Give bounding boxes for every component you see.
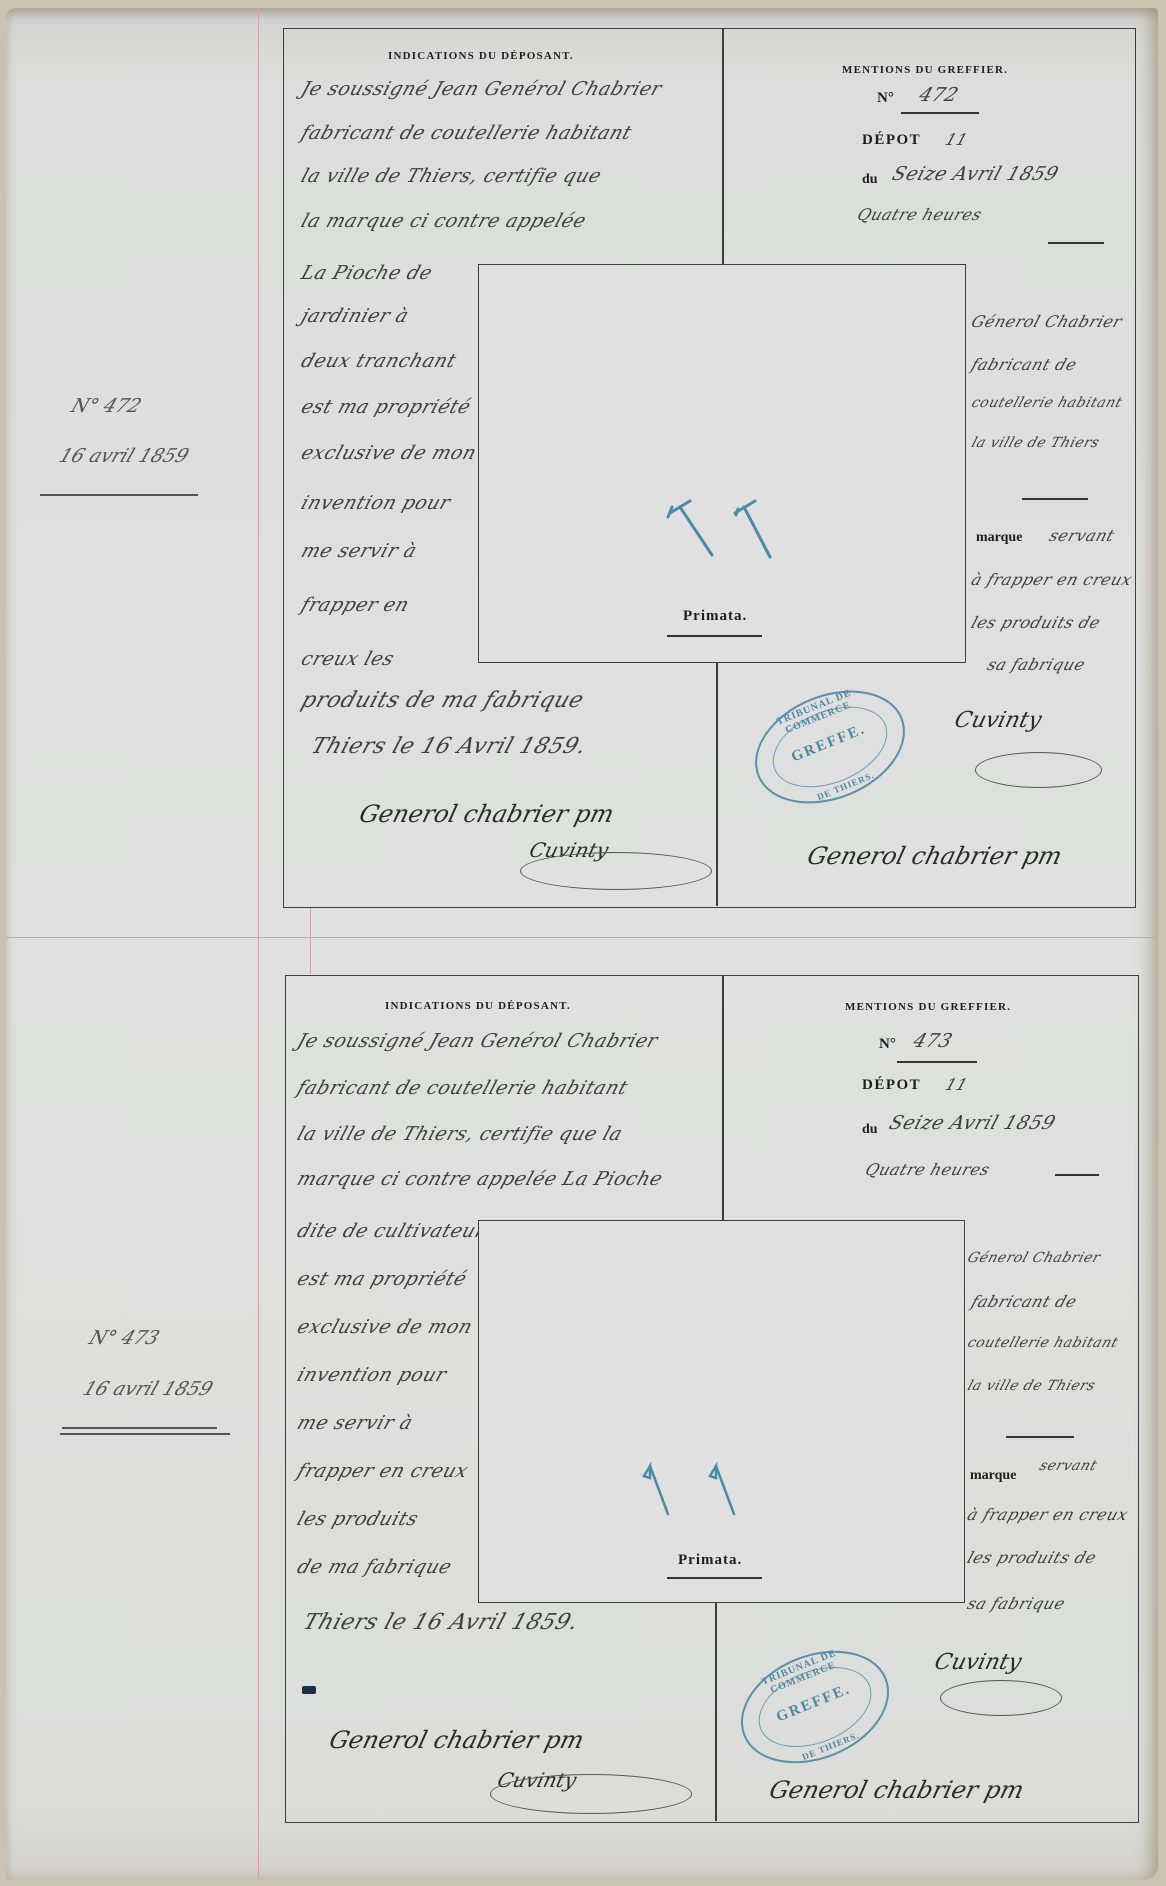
pickaxe-mark-icon [660,495,790,570]
mark-caption: Primata. [683,608,747,625]
deposant-place-date: Thiers le 16 Avril 1859. [300,1610,582,1635]
entry-number: 473 [910,1030,955,1052]
header-greffier: MENTIONS DU GREFFIER. [845,1001,1011,1013]
marque-line-1: servant [1037,1458,1099,1474]
ink-blot [302,1686,316,1694]
header-greffier: MENTIONS DU GREFFIER. [842,64,1008,76]
depot-time: Quatre heures [863,1160,993,1179]
deposant-line-8: invention pour [294,1364,449,1386]
deposant-line-11: les produits [294,1508,421,1530]
deposant-line-5: La Pioche de [298,262,435,284]
greffier-paraph-flourish [975,752,1102,788]
header-deposant: INDICATIONS DU DÉPOSANT. [388,50,574,62]
column-divider-top [722,975,724,1220]
mark-caption: Primata. [678,1552,742,1569]
mark-frame [478,1220,965,1603]
deposant-line-3: la ville de Thiers, certifie que la [294,1123,625,1145]
deposant-line-6: jardinier à [298,305,411,327]
deposant-line-7: deux tranchant [298,350,459,372]
margin-note-rule-2 [60,1433,230,1435]
depositor-signature-right: Generol chabrier pm [767,1776,1027,1804]
deposant-line-1: Je soussigné Jean Genérol Chabrier [298,78,664,100]
deposant-paraph-flourish [490,1774,692,1814]
greffier-line-4: la ville de Thiers [969,435,1101,451]
marque-line-1: servant [1047,526,1117,545]
deposant-line-7: exclusive de mon [294,1316,475,1338]
marque-line-3: les produits de [969,613,1103,632]
greffier-line-3: coutellerie habitant [969,395,1124,411]
number-label: N° [879,1036,896,1053]
column-divider-bottom [716,662,718,906]
margin-note-date: 16 avril 1859 [80,1378,216,1400]
du-label: du [862,1122,878,1138]
deposant-line-11: me servir à [298,540,419,562]
greffier-rule [1006,1436,1074,1438]
deposant-line-8: est ma propriété [298,396,473,418]
marque-line-2: à frapper en creux [969,570,1135,589]
greffier-line-2: fabricant de [969,355,1080,374]
depositor-signature: Generol chabrier pm [327,1726,587,1754]
time-rule [1048,242,1104,244]
mark-frame [478,264,966,663]
entry-separator-rule [6,937,1158,938]
header-deposant: INDICATIONS DU DÉPOSANT. [385,1000,571,1012]
number-label: N° [877,90,894,107]
margin-note-date: 16 avril 1859 [56,445,192,467]
entry-number: 472 [916,84,961,106]
deposant-paraph-flourish [520,852,712,890]
depositor-signature: Generol chabrier pm [357,800,617,828]
column-divider-bottom [715,1602,717,1821]
deposant-line-1: Je soussigné Jean Genérol Chabrier [294,1030,660,1052]
deposant-line-2: fabricant de coutellerie habitant [298,122,634,144]
greffier-line-1: Génerol Chabrier [969,312,1125,331]
deposant-line-4: la marque ci contre appelée [298,210,589,232]
greffier-line-3: coutellerie habitant [965,1335,1120,1351]
marque-line-2: à frapper en creux [965,1505,1131,1524]
depot-date: Seize Avril 1859 [886,1112,1058,1134]
mark-caption-underline [667,1577,762,1579]
margin-note-number: N° 472 [68,395,144,417]
deposant-line-3: la ville de Thiers, certifie que [298,165,604,187]
column-divider-top [722,28,724,264]
greffier-line-1: Génerol Chabrier [965,1250,1102,1266]
deposant-line-13: creux les [298,648,397,670]
deposant-line-14: produits de ma fabrique [298,688,587,713]
inner-margin-rule [310,908,311,974]
deposant-line-5: dite de cultivateur [294,1220,488,1242]
depot-label: DÉPOT [862,132,921,149]
greffier-paraph-signature: Cuvinty [952,708,1044,733]
greffier-rule [1022,498,1088,500]
deposant-line-12: frapper en [298,594,412,616]
mark-caption-underline [667,635,762,637]
left-margin-rule [258,8,259,1878]
marque-label: marque [970,1468,1016,1484]
deposant-line-10: invention pour [298,492,453,514]
time-rule [1055,1174,1099,1176]
greffier-line-4: la ville de Thiers [965,1378,1097,1394]
marque-label: marque [976,530,1022,546]
greffier-paraph-flourish [940,1680,1062,1716]
deposant-line-10: frapper en creux [294,1460,471,1482]
deposant-place-date: Thiers le 16 Avril 1859. [308,734,590,759]
margin-note-rule [40,494,198,496]
depot-label: DÉPOT [862,1077,921,1094]
deposant-line-9: me servir à [294,1412,415,1434]
marque-line-3: les produits de [965,1548,1099,1567]
greffier-paraph-signature: Cuvinty [932,1650,1024,1675]
margin-note-number: N° 473 [86,1327,162,1349]
deposant-line-4: marque ci contre appelée La Pioche [294,1168,665,1190]
depositor-signature-right: Generol chabrier pm [805,842,1065,870]
depot-date: Seize Avril 1859 [889,163,1061,185]
deposant-line-12: de ma fabrique [294,1556,454,1578]
deposant-line-6: est ma propriété [294,1268,469,1290]
hatchet-mark-icon [640,1462,750,1522]
greffier-line-2: fabricant de [969,1292,1080,1311]
number-underline [897,1061,977,1063]
deposant-line-2: fabricant de coutellerie habitant [294,1077,630,1099]
marque-line-4: sa fabrique [965,1594,1068,1613]
margin-note-rule-1 [62,1427,217,1429]
marque-line-4: sa fabrique [985,655,1088,674]
du-label: du [862,172,878,188]
number-underline [901,112,979,114]
deposant-line-9: exclusive de mon [298,442,479,464]
depot-time: Quatre heures [855,205,985,224]
